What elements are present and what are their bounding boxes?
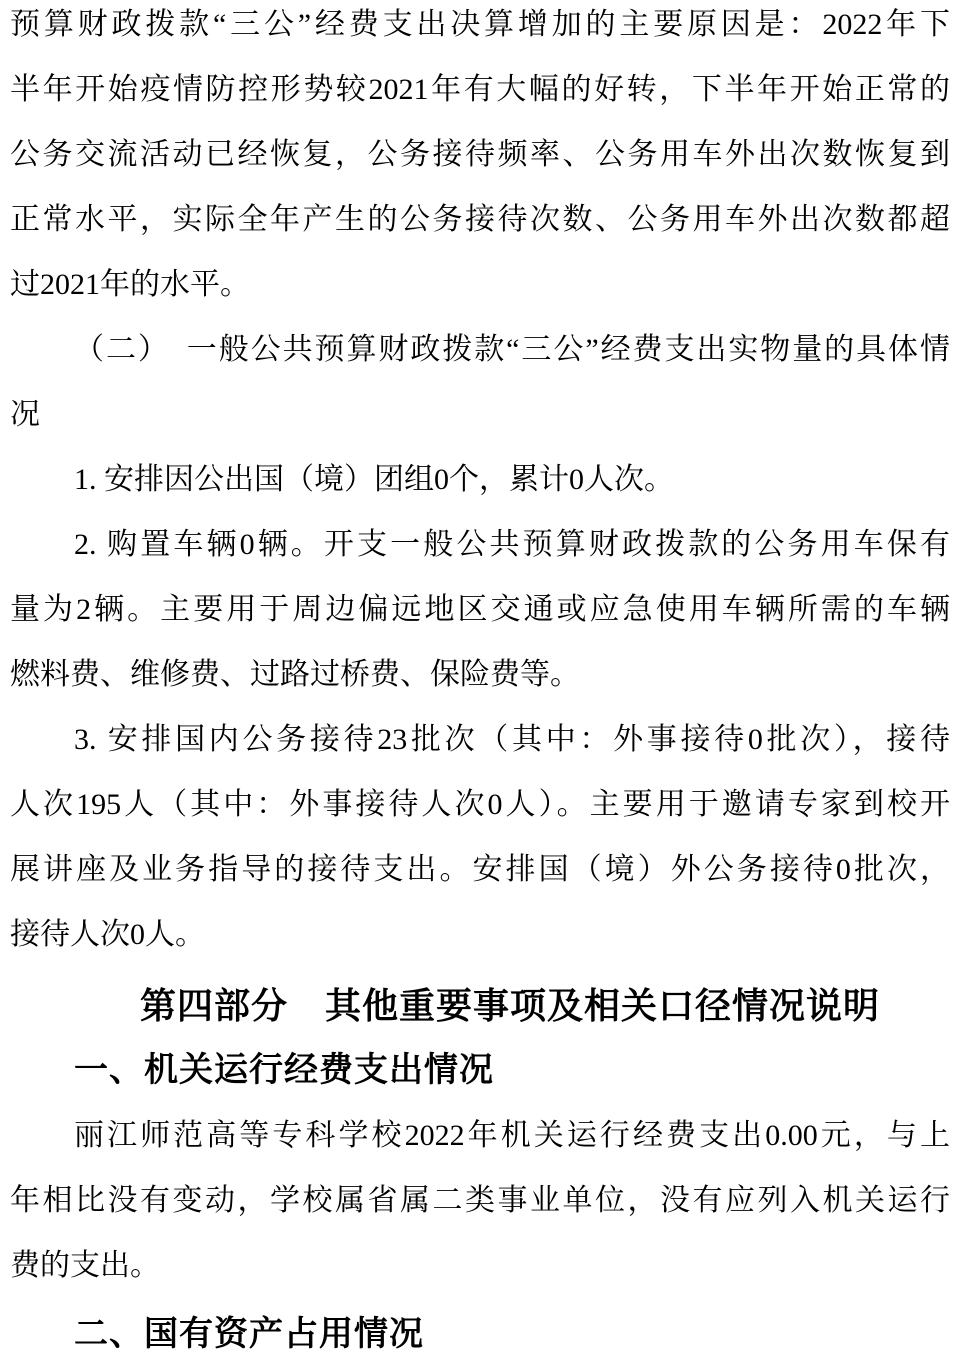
text-line: 半年开始疫情防控形势较2021年有大幅的好转，下半年开始正常的 [10, 57, 950, 122]
text-line: 过2021年的水平。 [10, 252, 950, 317]
text-line: 展讲座及业务指导的接待支出。安排国（境）外公务接待0批次， [10, 837, 950, 902]
text-line: 公务交流活动已经恢复，公务接待频率、公务用车外出次数恢复到 [10, 122, 950, 187]
text-line: 接待人次0人。 [10, 902, 950, 967]
part4-heading: 第四部分 其他重要事项及相关口径情况说明 [10, 973, 950, 1038]
text-line: 丽江师范高等专科学校2022年机关运行经费支出0.00元，与上 [10, 1103, 950, 1168]
text-line: 预算财政拨款“三公”经费支出决算增加的主要原因是：2022年下 [10, 0, 950, 57]
section1-heading: 一、机关运行经费支出情况 [10, 1038, 950, 1103]
subsection-heading-line: （二） 一般公共预算财政拨款“三公”经费支出实物量的具体情 [10, 317, 950, 382]
text-line: 1. 安排因公出国（境）团组0个，累计0人次。 [10, 447, 950, 512]
text-line: 费的支出。 [10, 1233, 950, 1298]
text-line: 正常水平，实际全年产生的公务接待次数、公务用车外出次数都超 [10, 187, 950, 252]
text-line: 燃料费、维修费、过路过桥费、保险费等。 [10, 642, 950, 707]
text-line: 3. 安排国内公务接待23批次（其中：外事接待0批次），接待 [10, 707, 950, 772]
document-page: 预算财政拨款“三公”经费支出决算增加的主要原因是：2022年下 半年开始疫情防控… [0, 0, 962, 1361]
subsection-heading-line: 况 [10, 382, 950, 447]
document-content: 预算财政拨款“三公”经费支出决算增加的主要原因是：2022年下 半年开始疫情防控… [10, 0, 950, 1361]
text-line: 人次195人（其中：外事接待人次0人）。主要用于邀请专家到校开 [10, 772, 950, 837]
paragraph-item-vehicles: 2. 购置车辆0辆。开支一般公共预算财政拨款的公务用车保有 量为2辆。主要用于周… [10, 512, 950, 707]
paragraph-item-reception: 3. 安排国内公务接待23批次（其中：外事接待0批次），接待 人次195人（其中… [10, 707, 950, 967]
section2-heading: 二、国有资产占用情况 [10, 1302, 950, 1361]
paragraph-operating-expense: 丽江师范高等专科学校2022年机关运行经费支出0.00元，与上 年相比没有变动，… [10, 1103, 950, 1298]
text-line: 2. 购置车辆0辆。开支一般公共预算财政拨款的公务用车保有 [10, 512, 950, 577]
paragraph-physical-quantity-heading: （二） 一般公共预算财政拨款“三公”经费支出实物量的具体情 况 [10, 317, 950, 447]
text-line: 量为2辆。主要用于周边偏远地区交通或应急使用车辆所需的车辆 [10, 577, 950, 642]
paragraph-item-abroad-groups: 1. 安排因公出国（境）团组0个，累计0人次。 [10, 447, 950, 512]
paragraph-increase-reason: 预算财政拨款“三公”经费支出决算增加的主要原因是：2022年下 半年开始疫情防控… [10, 0, 950, 317]
text-line: 年相比没有变动，学校属省属二类事业单位，没有应列入机关运行 [10, 1168, 950, 1233]
